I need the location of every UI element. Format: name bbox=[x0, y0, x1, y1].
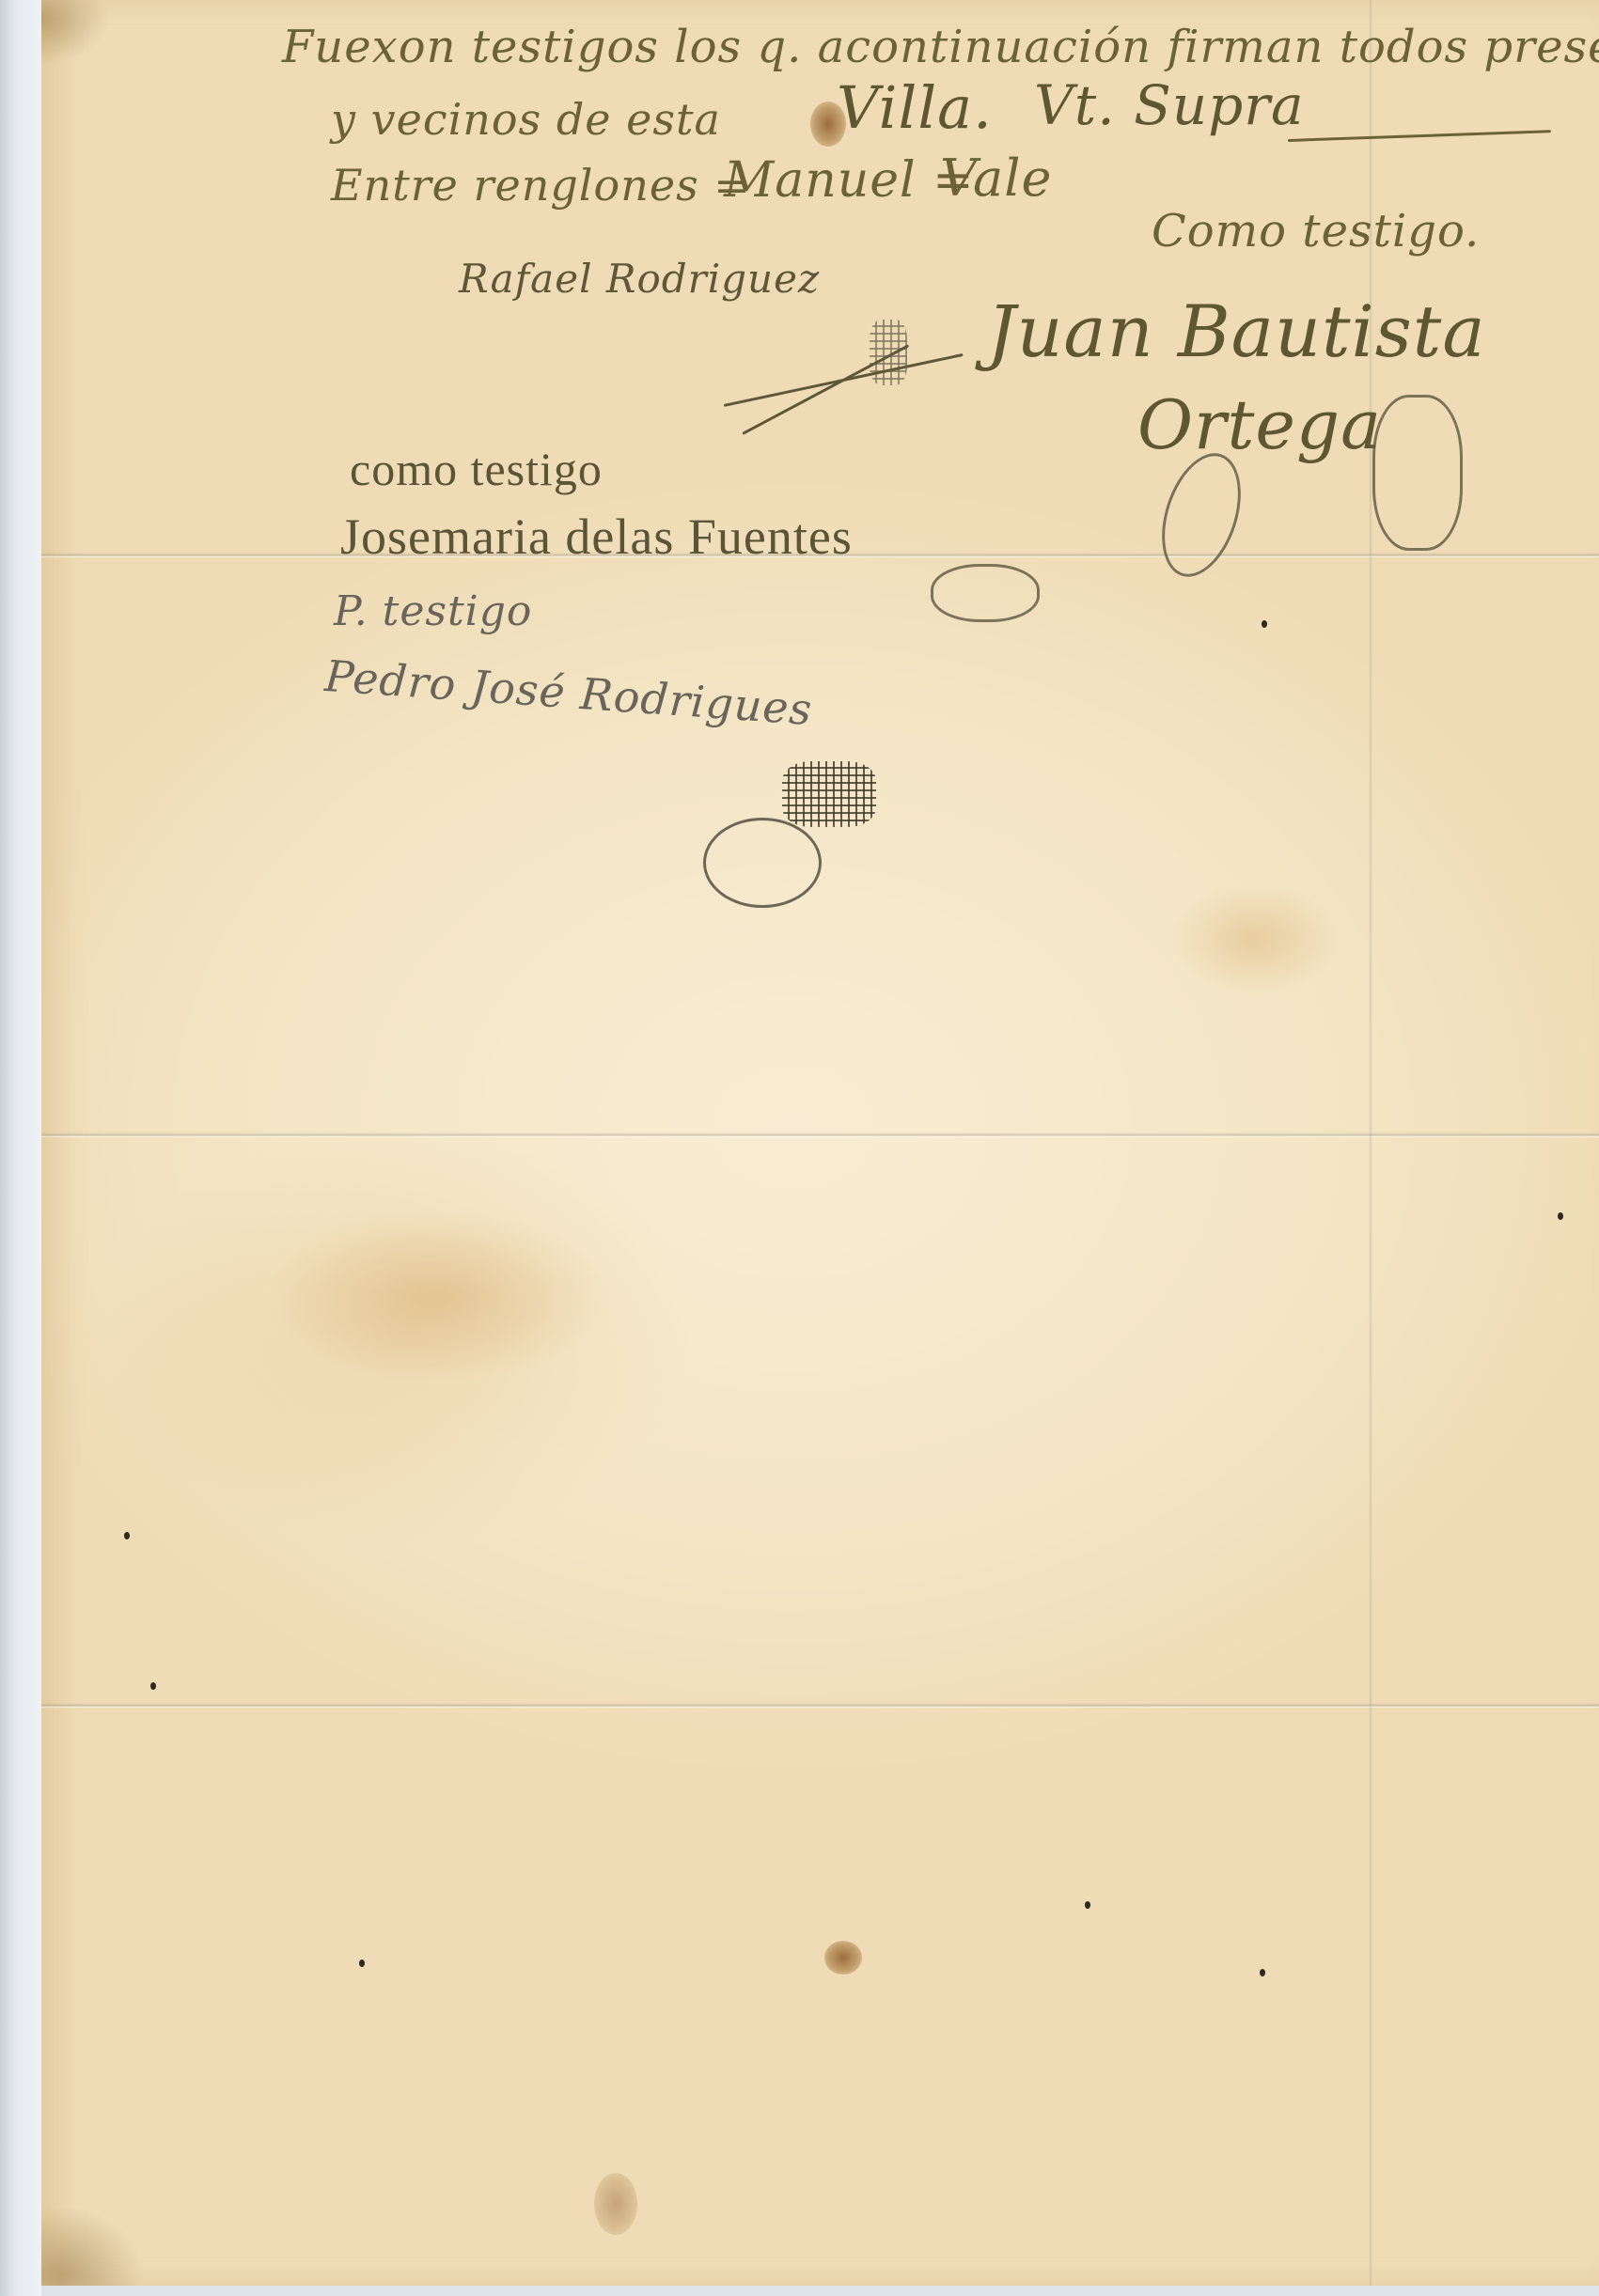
text-vale: Vale bbox=[940, 148, 1052, 208]
label-p-testigo: P. testigo bbox=[334, 587, 532, 635]
foxing-dot bbox=[1558, 1212, 1563, 1220]
label-como-testigo-jose: como testigo bbox=[350, 442, 603, 496]
rubric-rafael-knot bbox=[870, 320, 907, 385]
foxing-dot bbox=[1262, 620, 1267, 628]
scanner-background bbox=[0, 0, 41, 2296]
foxing-dot bbox=[1085, 1901, 1090, 1909]
foxing-dot bbox=[359, 1960, 365, 1967]
fold-line-horizontal-3 bbox=[41, 1703, 1599, 1709]
foxing-dot bbox=[124, 1532, 130, 1539]
signature-ortega: Ortega bbox=[1137, 385, 1382, 464]
signature-juan-bautista: Juan Bautista bbox=[987, 289, 1486, 373]
ink-blot-lower bbox=[824, 1941, 862, 1975]
foxing-dot bbox=[1260, 1969, 1265, 1976]
signature-josemaria-de-las-fuentes: Josemaria delas Fuentes bbox=[340, 508, 853, 566]
text-villa: Villa. bbox=[837, 73, 993, 142]
text-line-2a: y vecinos de esta bbox=[331, 94, 721, 145]
rubric-pedro-loop bbox=[703, 818, 822, 908]
fold-line-horizontal-2 bbox=[41, 1132, 1599, 1138]
text-vt-supra: Vt. Supra bbox=[1034, 73, 1305, 137]
signature-rafael-rodriguez: Rafael Rodriguez bbox=[459, 256, 820, 302]
rubric-pedro-grid bbox=[782, 761, 876, 827]
text-line-1: Fuexon testigos los q. acontinuación fir… bbox=[282, 21, 1599, 73]
rubric-josemaria bbox=[931, 564, 1040, 622]
stain-bottom bbox=[594, 2173, 637, 2235]
label-como-testigo-juan: Como testigo. bbox=[1152, 205, 1480, 258]
foxing-dot bbox=[150, 1682, 156, 1690]
rubric-ortega-monogram bbox=[1372, 395, 1463, 551]
text-manuel: Manuel = bbox=[724, 152, 975, 209]
text-entre-renglones: Entre renglones = bbox=[331, 160, 751, 211]
